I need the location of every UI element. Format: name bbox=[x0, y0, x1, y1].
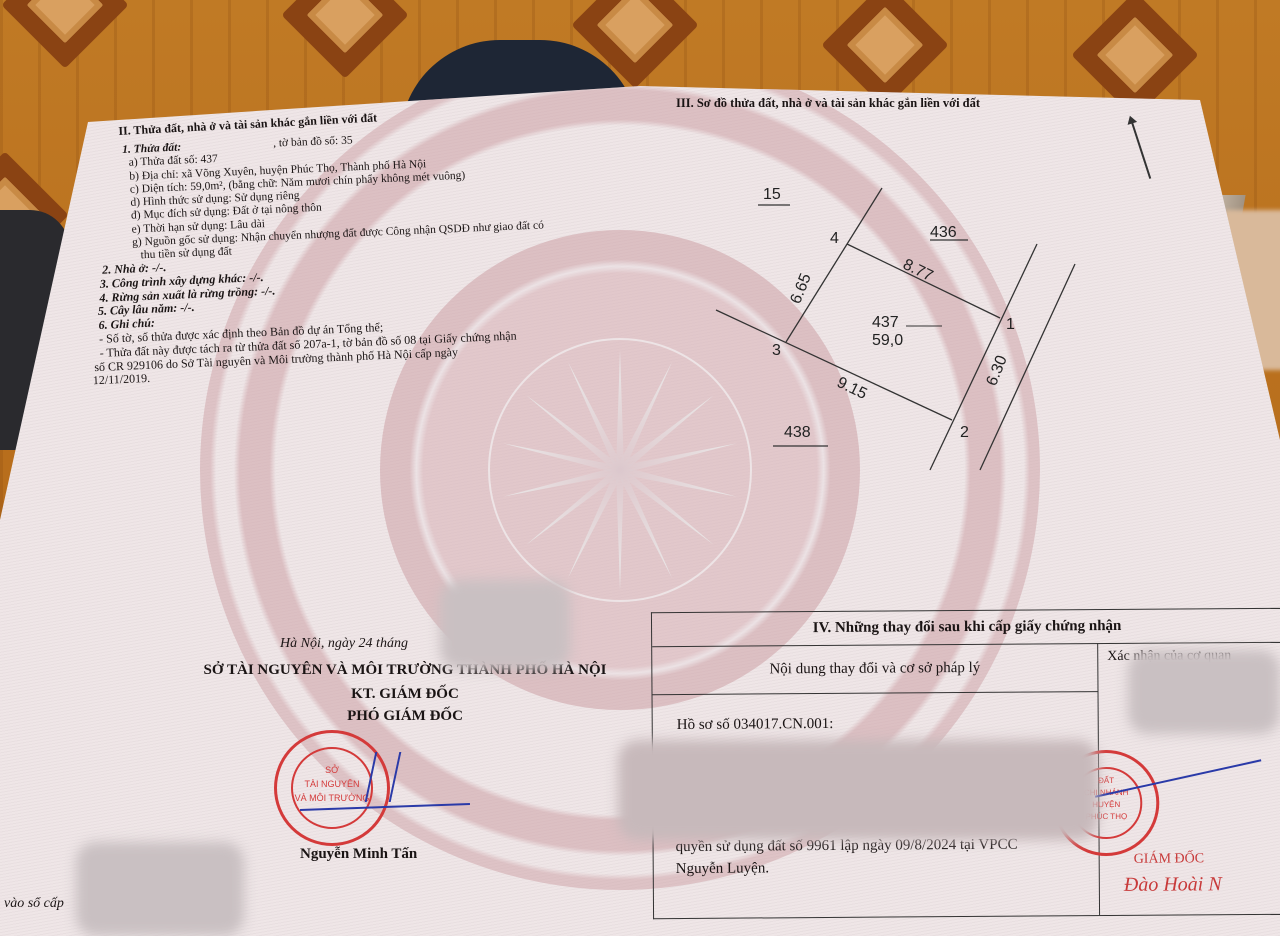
privacy-blur bbox=[76, 842, 244, 936]
privacy-blur bbox=[618, 740, 1098, 840]
land-certificate: II. Thửa đất, nhà ở và tài sản khác gắn … bbox=[0, 0, 1280, 936]
signer-name: Nguyễn Minh Tấn bbox=[300, 846, 417, 863]
neighbor-parcel-15: 15 bbox=[763, 186, 781, 204]
vertex-2: 2 bbox=[960, 424, 969, 442]
kt-director: KT. GIÁM ĐỐC bbox=[305, 686, 505, 703]
north-arrow-icon bbox=[1131, 121, 1151, 179]
issuing-agency: SỞ TÀI NGUYÊN VÀ MÔI TRƯỜNG THÀNH PHỐ HÀ… bbox=[175, 662, 635, 679]
signer-title: GIÁM ĐỐC bbox=[1134, 851, 1205, 867]
section-iv-title: IV. Những thay đổi sau khi cấp giấy chứn… bbox=[652, 609, 1280, 647]
signer-name: Đào Hoài N bbox=[1124, 873, 1222, 897]
parcel-diagram: 15 436 438 437 59,0 1 2 3 4 8.77 6.30 9.… bbox=[700, 170, 1100, 510]
col-content-header: Nội dung thay đổi và cơ sở pháp lý bbox=[652, 643, 1097, 695]
registry-prefix: vào sổ cấp bbox=[4, 896, 64, 912]
vertex-1: 1 bbox=[1006, 316, 1015, 334]
privacy-blur bbox=[440, 580, 570, 670]
vertex-4: 4 bbox=[830, 230, 839, 248]
deputy-director-title: PHÓ GIÁM ĐỐC bbox=[305, 708, 505, 725]
land-parcel-heading: 1. Thửa đất: bbox=[122, 142, 181, 156]
land-parcel-details: 1. Thửa đất:, tờ bản đồ số: 35 a) Thửa đ… bbox=[122, 126, 545, 263]
record-number: Hồ sơ số 034017.CN.001: bbox=[677, 716, 834, 734]
vertex-3: 3 bbox=[772, 342, 781, 360]
section-iii-title: III. Sơ đồ thửa đất, nhà ở và tài sản kh… bbox=[676, 96, 980, 111]
neighbor-parcel-438: 438 bbox=[784, 424, 811, 442]
entry-line-2: Nguyễn Luyện. bbox=[676, 860, 769, 878]
neighbor-parcel-436: 436 bbox=[930, 224, 957, 242]
other-assets: 2. Nhà ở: -/-. 3. Công trình xây dựng kh… bbox=[96, 247, 518, 389]
parcel-number-label: 437 bbox=[872, 314, 899, 332]
place-date: Hà Nội, ngày 24 tháng bbox=[280, 636, 408, 652]
privacy-blur bbox=[1128, 650, 1280, 734]
parcel-area-label: 59,0 bbox=[872, 332, 903, 350]
